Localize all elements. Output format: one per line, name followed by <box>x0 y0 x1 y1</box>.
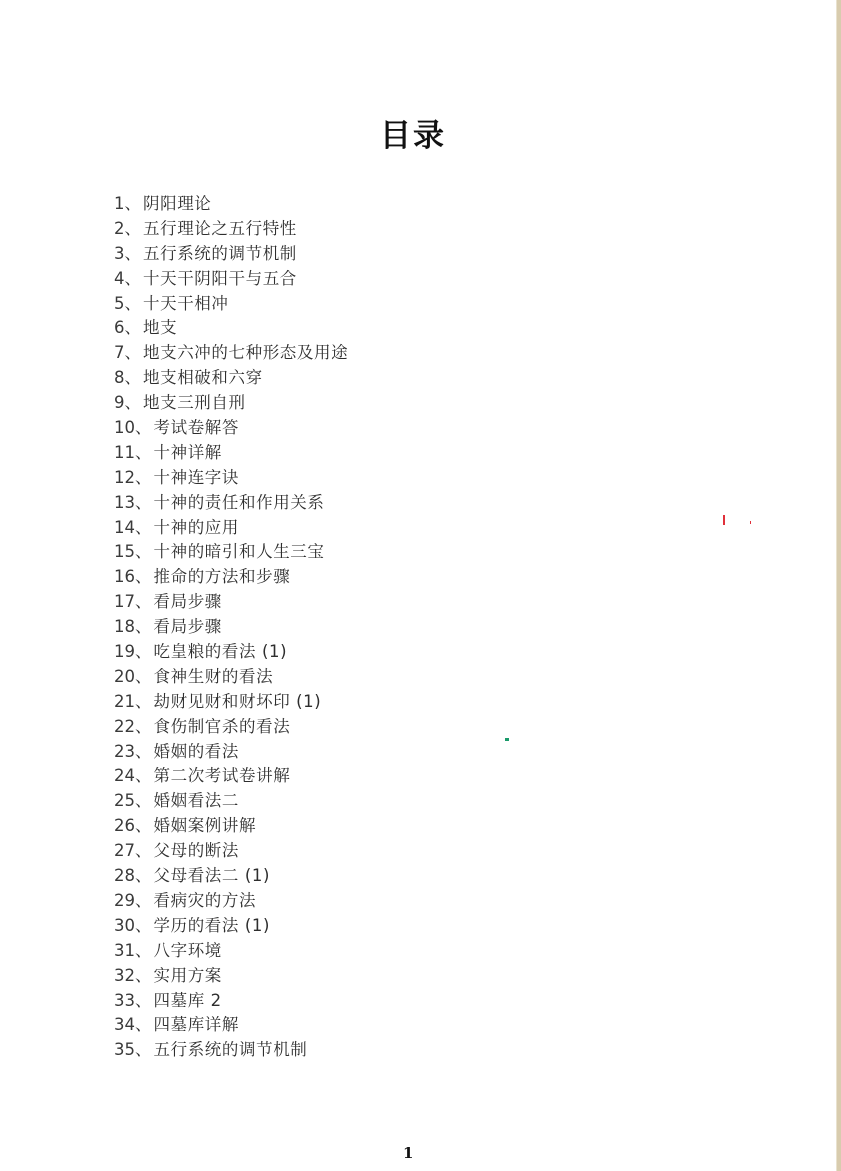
toc-item: 34、四墓库详解 <box>114 1013 348 1038</box>
toc-item-separator: 、 <box>135 1013 152 1038</box>
toc-item: 27、父母的断法 <box>114 839 348 864</box>
toc-item-number: 25 <box>114 789 135 814</box>
toc-item-title: 推命的方法和步骤 <box>154 565 291 590</box>
toc-item-number: 8 <box>114 366 125 391</box>
toc-item-separator: 、 <box>125 366 142 391</box>
toc-item-separator: 、 <box>135 441 152 466</box>
toc-item-number: 24 <box>114 764 135 789</box>
toc-item-title: 学历的看法 (1) <box>154 914 271 939</box>
toc-item-title: 吃皇粮的看法 (1) <box>154 640 288 665</box>
toc-item: 20、食神生财的看法 <box>114 665 348 690</box>
toc-item-separator: 、 <box>135 491 152 516</box>
toc-item-title: 十神详解 <box>154 441 222 466</box>
toc-item-number: 20 <box>114 665 135 690</box>
toc-item-title: 父母看法二 (1) <box>154 864 271 889</box>
toc-item-number: 22 <box>114 715 135 740</box>
toc-item-separator: 、 <box>135 989 152 1014</box>
table-of-contents: 1、阴阳理论2、五行理论之五行特性3、五行系统的调节机制4、十天干阴阳干与五合5… <box>114 192 348 1063</box>
toc-item: 26、婚姻案例讲解 <box>114 814 348 839</box>
toc-item-number: 16 <box>114 565 135 590</box>
toc-item-title: 十神的应用 <box>154 516 240 541</box>
toc-item-number: 10 <box>114 416 135 441</box>
toc-item: 7、地支六冲的七种形态及用途 <box>114 341 348 366</box>
toc-item-title: 父母的断法 <box>154 839 240 864</box>
toc-item: 12、十神连字诀 <box>114 466 348 491</box>
toc-item: 10、考试卷解答 <box>114 416 348 441</box>
toc-item-separator: 、 <box>135 740 152 765</box>
toc-item: 31、八字环境 <box>114 939 348 964</box>
toc-item-separator: 、 <box>135 939 152 964</box>
toc-item-separator: 、 <box>135 789 152 814</box>
page-edge <box>836 0 841 1171</box>
toc-item-separator: 、 <box>125 391 142 416</box>
toc-item: 29、看病灾的方法 <box>114 889 348 914</box>
toc-item-title: 地支 <box>143 316 177 341</box>
toc-item: 16、推命的方法和步骤 <box>114 565 348 590</box>
toc-item: 24、第二次考试卷讲解 <box>114 764 348 789</box>
toc-item-separator: 、 <box>125 242 142 267</box>
toc-item: 11、十神详解 <box>114 441 348 466</box>
toc-item-separator: 、 <box>125 316 142 341</box>
page-number: 1 <box>403 1144 413 1162</box>
toc-item-separator: 、 <box>135 1038 152 1063</box>
toc-item-title: 地支三刑自刑 <box>143 391 246 416</box>
toc-item-number: 26 <box>114 814 135 839</box>
toc-item-number: 3 <box>114 242 125 267</box>
toc-item-number: 18 <box>114 615 135 640</box>
toc-item: 18、看局步骤 <box>114 615 348 640</box>
toc-item-separator: 、 <box>135 416 152 441</box>
toc-item-separator: 、 <box>135 839 152 864</box>
toc-item-separator: 、 <box>135 864 152 889</box>
toc-item: 15、十神的暗引和人生三宝 <box>114 540 348 565</box>
toc-item: 8、地支相破和六穿 <box>114 366 348 391</box>
toc-item-number: 2 <box>114 217 125 242</box>
toc-item: 35、五行系统的调节机制 <box>114 1038 348 1063</box>
toc-item-title: 十神连字诀 <box>154 466 240 491</box>
toc-item-number: 12 <box>114 466 135 491</box>
toc-item-number: 4 <box>114 267 125 292</box>
toc-item-separator: 、 <box>135 540 152 565</box>
toc-item-number: 30 <box>114 914 135 939</box>
toc-item: 23、婚姻的看法 <box>114 740 348 765</box>
toc-item: 9、地支三刑自刑 <box>114 391 348 416</box>
scan-artifact <box>505 738 509 741</box>
toc-item-separator: 、 <box>125 192 142 217</box>
toc-item-separator: 、 <box>135 565 152 590</box>
toc-item-number: 7 <box>114 341 125 366</box>
toc-item-number: 35 <box>114 1038 135 1063</box>
toc-item-title: 地支六冲的七种形态及用途 <box>143 341 348 366</box>
toc-item-separator: 、 <box>135 466 152 491</box>
toc-item-title: 食伤制官杀的看法 <box>154 715 291 740</box>
toc-item: 25、婚姻看法二 <box>114 789 348 814</box>
toc-item-separator: 、 <box>135 690 152 715</box>
toc-item: 19、吃皇粮的看法 (1) <box>114 640 348 665</box>
toc-item: 13、十神的责任和作用关系 <box>114 491 348 516</box>
toc-item-title: 食神生财的看法 <box>154 665 274 690</box>
toc-item-number: 5 <box>114 292 125 317</box>
toc-item-separator: 、 <box>135 764 152 789</box>
toc-item-separator: 、 <box>135 640 152 665</box>
toc-item-title: 考试卷解答 <box>154 416 240 441</box>
toc-item-number: 23 <box>114 740 135 765</box>
toc-item-separator: 、 <box>125 267 142 292</box>
toc-item-number: 9 <box>114 391 125 416</box>
toc-item-number: 31 <box>114 939 135 964</box>
toc-item-number: 6 <box>114 316 125 341</box>
toc-item-number: 33 <box>114 989 135 1014</box>
toc-item-title: 十神的责任和作用关系 <box>154 491 325 516</box>
toc-item-title: 十天干相冲 <box>143 292 229 317</box>
toc-item-separator: 、 <box>135 964 152 989</box>
toc-item: 3、五行系统的调节机制 <box>114 242 348 267</box>
toc-item-separator: 、 <box>135 889 152 914</box>
scan-artifact <box>750 521 751 524</box>
toc-item: 21、劫财见财和财坏印 (1) <box>114 690 348 715</box>
toc-item: 30、学历的看法 (1) <box>114 914 348 939</box>
toc-item-title: 地支相破和六穿 <box>143 366 263 391</box>
toc-item-title: 五行理论之五行特性 <box>143 217 297 242</box>
toc-item-number: 1 <box>114 192 125 217</box>
toc-item-separator: 、 <box>135 590 152 615</box>
toc-item-separator: 、 <box>135 665 152 690</box>
toc-item-separator: 、 <box>125 217 142 242</box>
toc-item-title: 劫财见财和财坏印 (1) <box>154 690 322 715</box>
toc-item-number: 27 <box>114 839 135 864</box>
toc-item-title: 八字环境 <box>154 939 222 964</box>
toc-item-separator: 、 <box>125 341 142 366</box>
toc-item-number: 28 <box>114 864 135 889</box>
toc-item-title: 十天干阴阳干与五合 <box>143 267 297 292</box>
page-title: 目录 <box>0 114 826 158</box>
toc-item: 1、阴阳理论 <box>114 192 348 217</box>
toc-item-number: 21 <box>114 690 135 715</box>
toc-item-number: 34 <box>114 1013 135 1038</box>
toc-item-separator: 、 <box>135 516 152 541</box>
toc-item: 4、十天干阴阳干与五合 <box>114 267 348 292</box>
toc-item-number: 13 <box>114 491 135 516</box>
toc-item-number: 14 <box>114 516 135 541</box>
toc-item-title: 阴阳理论 <box>143 192 211 217</box>
toc-item-number: 29 <box>114 889 135 914</box>
toc-item-number: 32 <box>114 964 135 989</box>
toc-item-number: 17 <box>114 590 135 615</box>
toc-item-separator: 、 <box>135 715 152 740</box>
toc-item-title: 婚姻案例讲解 <box>154 814 257 839</box>
toc-item-number: 11 <box>114 441 135 466</box>
toc-item-number: 15 <box>114 540 135 565</box>
toc-item-separator: 、 <box>135 814 152 839</box>
document-page: 目录 1、阴阳理论2、五行理论之五行特性3、五行系统的调节机制4、十天干阴阳干与… <box>0 0 837 1171</box>
toc-item-title: 五行系统的调节机制 <box>154 1038 308 1063</box>
toc-item: 17、看局步骤 <box>114 590 348 615</box>
scan-artifact <box>723 515 725 525</box>
toc-item-title: 婚姻的看法 <box>154 740 240 765</box>
toc-item-separator: 、 <box>125 292 142 317</box>
toc-item-title: 第二次考试卷讲解 <box>154 764 291 789</box>
toc-item-title: 实用方案 <box>154 964 222 989</box>
toc-item-title: 看病灾的方法 <box>154 889 257 914</box>
toc-item: 28、父母看法二 (1) <box>114 864 348 889</box>
toc-item-number: 19 <box>114 640 135 665</box>
toc-item-title: 四墓库详解 <box>154 1013 240 1038</box>
toc-item-title: 婚姻看法二 <box>154 789 240 814</box>
toc-item-title: 十神的暗引和人生三宝 <box>154 540 325 565</box>
toc-item-separator: 、 <box>135 615 152 640</box>
toc-item-separator: 、 <box>135 914 152 939</box>
toc-item: 5、十天干相冲 <box>114 292 348 317</box>
toc-item: 33、四墓库 2 <box>114 989 348 1014</box>
toc-item-title: 看局步骤 <box>154 590 222 615</box>
toc-item: 32、实用方案 <box>114 964 348 989</box>
toc-item-title: 看局步骤 <box>154 615 222 640</box>
toc-item-title: 四墓库 2 <box>154 989 222 1014</box>
toc-item: 22、食伤制官杀的看法 <box>114 715 348 740</box>
toc-item: 14、十神的应用 <box>114 516 348 541</box>
toc-item: 6、地支 <box>114 316 348 341</box>
toc-item: 2、五行理论之五行特性 <box>114 217 348 242</box>
toc-item-title: 五行系统的调节机制 <box>143 242 297 267</box>
